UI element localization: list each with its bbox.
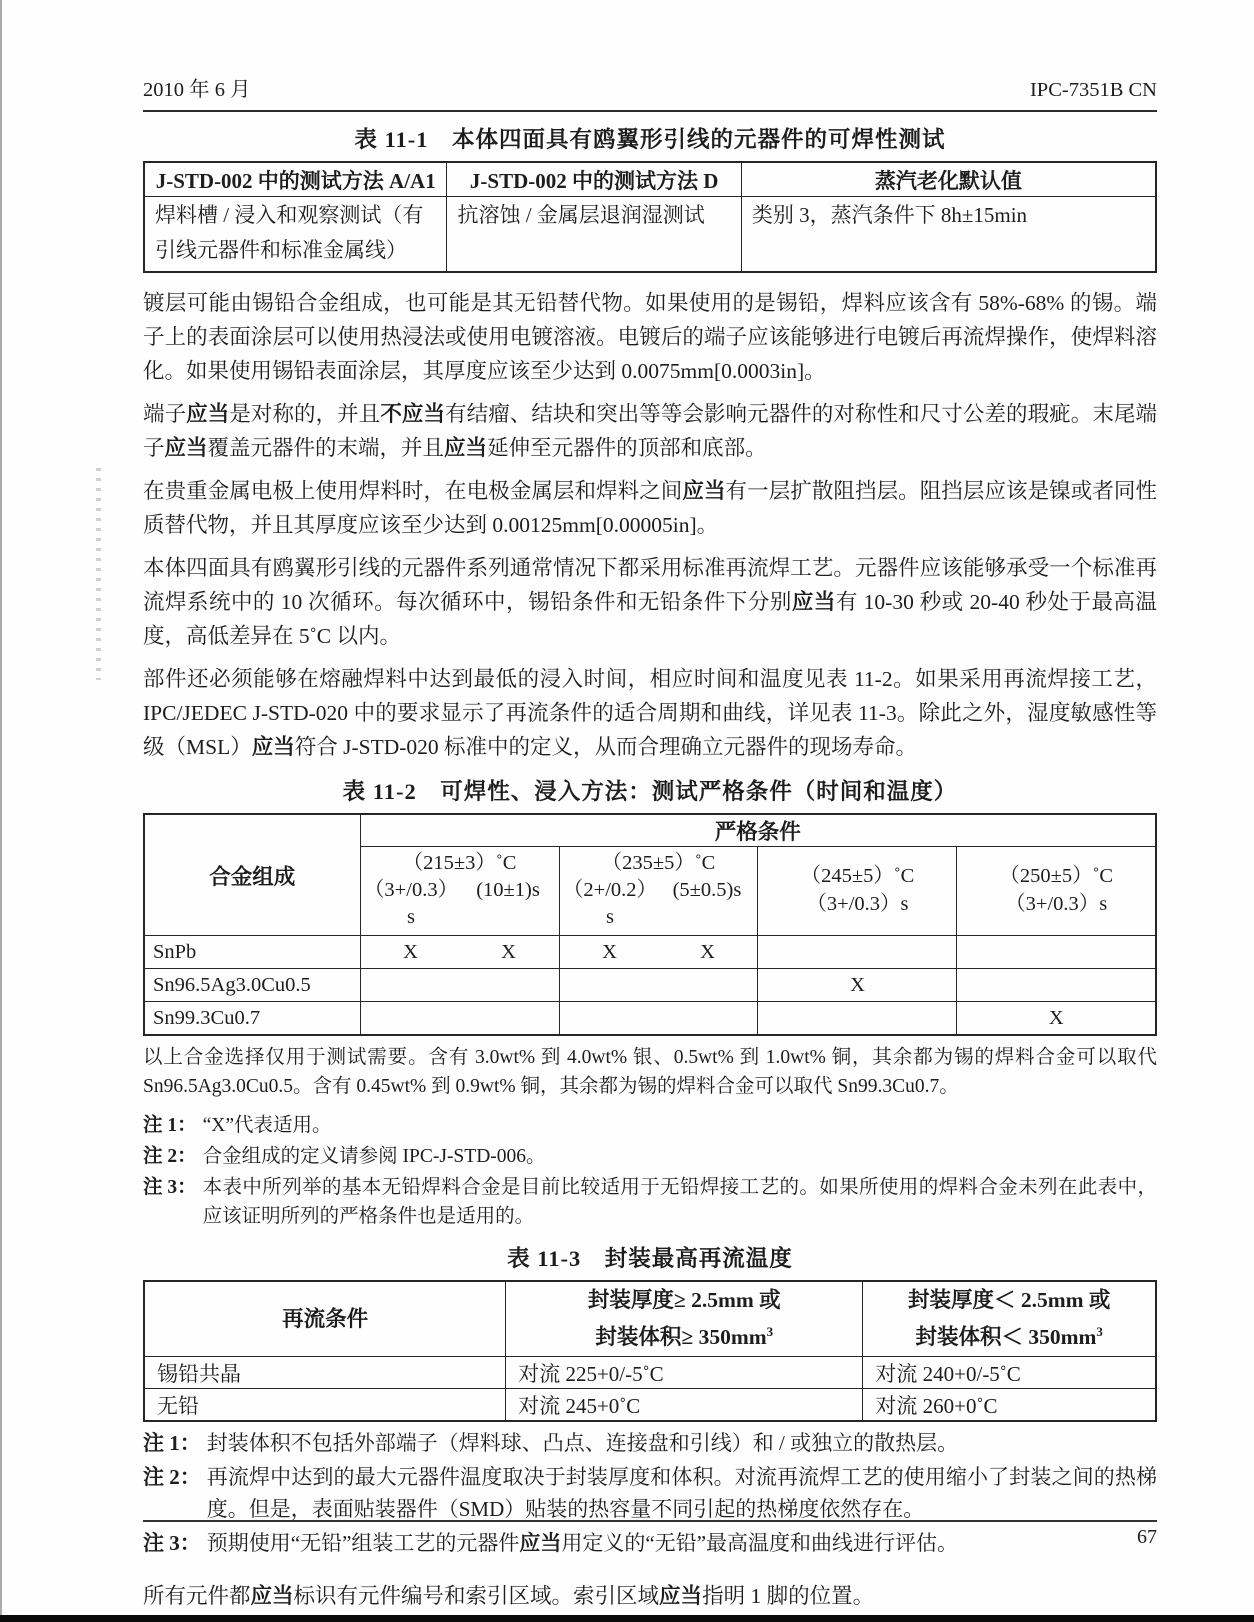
mark: X	[561, 939, 659, 966]
page-number: 67	[143, 1526, 1157, 1549]
cell: 锡铅共晶	[144, 1357, 506, 1389]
header-rule	[143, 110, 1157, 112]
mark-cell	[360, 1002, 559, 1036]
alloy-cell: Sn99.3Cu0.7	[144, 1002, 360, 1036]
table-row: Sn96.5Ag3.0Cu0.5 X	[144, 969, 1156, 1002]
condition-time: (5±0.5)s	[659, 877, 756, 931]
page-header: 2010 年 6 月 IPC-7351B CN	[143, 0, 1157, 102]
cell: 对流 240+0/-5˚C	[863, 1357, 1156, 1389]
scan-edge-artifact	[0, 0, 2, 1622]
table-header-row: 再流条件 封装厚度≥ 2.5mm 或 封装体积≥ 350mm3 封装厚度＜ 2.…	[144, 1281, 1156, 1357]
table-header-row: J-STD-002 中的测试方法 A/A1 J-STD-002 中的测试方法 D…	[144, 162, 1156, 197]
table-11-2-footnote: 以上合金选择仅用于测试需要。含有 3.0wt% 到 4.0wt% 银、0.5wt…	[143, 1043, 1157, 1101]
condition-temp: （250±5）˚C	[959, 862, 1153, 890]
note-1: 注 1： “X”代表适用。	[143, 1111, 1157, 1140]
scan-dots-artifact	[96, 468, 101, 680]
header-line: 封装体积≥ 350mm3	[508, 1316, 860, 1353]
cell: 对流 260+0˚C	[863, 1389, 1156, 1422]
alloy-cell: Sn96.5Ag3.0Cu0.5	[144, 969, 360, 1002]
header-cell: 再流条件	[144, 1281, 506, 1357]
condition-cell: （235±5）˚C （2+/0.2）s (5±0.5)s	[559, 847, 758, 936]
paragraph-marking: 所有元件都应当标识有元件编号和索引区域。索引区域应当指明 1 脚的位置。	[143, 1579, 1157, 1613]
note-label: 注 1：	[143, 1427, 207, 1459]
note-text: 封装体积不包括外部端子（焊料球、凸点、连接盘和引线）和 / 或独立的散热层。	[207, 1427, 1157, 1459]
table-11-2-title: 表 11-2 可焊性、浸入方法：测试严格条件（时间和温度）	[143, 774, 1157, 806]
header-cell: 严格条件	[360, 814, 1156, 847]
note-2: 注 2： 再流焊中达到的最大元器件温度取决于封装厚度和体积。对流再流焊工艺的使用…	[143, 1461, 1157, 1525]
paragraph-plating: 镀层可能由锡铅合金组成，也可能是其无铅替代物。如果使用的是锡铅，焊料应该含有 5…	[143, 286, 1157, 388]
document-page: 2010 年 6 月 IPC-7351B CN 表 11-1 本体四面具有鸥翼形…	[143, 0, 1157, 1613]
note-text: “X”代表适用。	[203, 1111, 1157, 1140]
note-text: 本表中所列举的基本无铅焊料合金是目前比较适用于无铅焊接工艺的。如果所使用的焊料合…	[203, 1173, 1157, 1231]
header-cell: 封装厚度≥ 2.5mm 或 封装体积≥ 350mm3	[506, 1281, 863, 1357]
header-doc-id: IPC-7351B CN	[1030, 78, 1157, 102]
note-text: 合金组成的定义请参阅 IPC-J-STD-006。	[203, 1142, 1157, 1171]
table-11-3-title: 表 11-3 封装最高再流温度	[143, 1241, 1157, 1273]
condition-cell: （215±3）˚C （3+/0.3）s (10±1)s	[360, 847, 559, 936]
condition-temp: （245±5）˚C	[760, 862, 954, 890]
table-header-row: 合金组成 严格条件	[144, 814, 1156, 847]
cell: 抗溶蚀 / 金属层退润湿测试	[447, 197, 741, 273]
table-row: Sn99.3Cu0.7 X	[144, 1002, 1156, 1036]
header-cell: J-STD-002 中的测试方法 A/A1	[144, 162, 447, 197]
footer-rule	[143, 1520, 1157, 1522]
note-label: 注 1：	[143, 1111, 203, 1140]
table-row: SnPb X X X X	[144, 936, 1156, 969]
paragraph-barrier: 在贵重金属电极上使用焊料时，在电极金属层和焊料之间应当有一层扩散阻挡层。阻挡层应…	[143, 474, 1157, 542]
superscript: 3	[767, 1324, 774, 1339]
header-line: 封装厚度＜ 2.5mm 或	[865, 1285, 1153, 1316]
mark-cell	[360, 969, 559, 1002]
scan-bottom-edge-artifact	[0, 1615, 1254, 1622]
table-11-1: J-STD-002 中的测试方法 A/A1 J-STD-002 中的测试方法 D…	[143, 161, 1157, 273]
cell: 对流 225+0/-5˚C	[506, 1357, 863, 1389]
table-11-2-notes: 注 1： “X”代表适用。 注 2： 合金组成的定义请参阅 IPC-J-STD-…	[143, 1111, 1157, 1231]
header-line: 封装体积＜ 350mm3	[865, 1316, 1153, 1353]
mark-cell	[559, 969, 758, 1002]
note-text: 再流焊中达到的最大元器件温度取决于封装厚度和体积。对流再流焊工艺的使用缩小了封装…	[207, 1461, 1157, 1525]
header-cell: 封装厚度＜ 2.5mm 或 封装体积＜ 350mm3	[863, 1281, 1156, 1357]
table-row: 焊料槽 / 浸入和观察测试（有引线元器件和标准金属线） 抗溶蚀 / 金属层退润湿…	[144, 197, 1156, 273]
mark-cell	[957, 936, 1156, 969]
mark-cell: X X	[559, 936, 758, 969]
condition-time: （3+/0.3）s	[363, 877, 460, 931]
mark: X	[362, 939, 460, 966]
table-row: 锡铅共晶 对流 225+0/-5˚C 对流 240+0/-5˚C	[144, 1357, 1156, 1389]
mark: X	[659, 939, 757, 966]
mark-cell: X	[957, 1002, 1156, 1036]
superscript: 3	[1096, 1324, 1103, 1339]
mark-cell	[559, 1002, 758, 1036]
header-cell: 合金组成	[144, 814, 360, 936]
table-11-2: 合金组成 严格条件 （215±3）˚C （3+/0.3）s (10±1)s （2…	[143, 813, 1157, 1036]
condition-temp: （235±5）˚C	[562, 849, 756, 877]
condition-temp: （215±3）˚C	[363, 849, 557, 877]
cell: 对流 245+0˚C	[506, 1389, 863, 1422]
mark-cell	[957, 969, 1156, 1002]
condition-time: (10±1)s	[460, 877, 557, 931]
header-volume: 封装体积＜ 350mm	[915, 1325, 1096, 1349]
condition-time: （3+/0.3）s	[760, 890, 954, 918]
mark-cell: X	[758, 969, 957, 1002]
note-label: 注 2：	[143, 1142, 203, 1171]
condition-cell: （245±5）˚C （3+/0.3）s	[758, 847, 957, 936]
note-label: 注 2：	[143, 1461, 207, 1525]
note-3: 注 3： 本表中所列举的基本无铅焊料合金是目前比较适用于无铅焊接工艺的。如果所使…	[143, 1173, 1157, 1231]
paragraph-immersion: 部件还必须能够在熔融焊料中达到最低的浸入时间，相应时间和温度见表 11-2。如果…	[143, 662, 1157, 764]
header-line: 封装厚度≥ 2.5mm 或	[508, 1285, 860, 1316]
note-1: 注 1： 封装体积不包括外部端子（焊料球、凸点、连接盘和引线）和 / 或独立的散…	[143, 1427, 1157, 1459]
cell: 无铅	[144, 1389, 506, 1422]
note-2: 注 2： 合金组成的定义请参阅 IPC-J-STD-006。	[143, 1142, 1157, 1171]
mark-cell	[758, 1002, 957, 1036]
cell: 焊料槽 / 浸入和观察测试（有引线元器件和标准金属线）	[144, 197, 447, 273]
table-11-1-title: 表 11-1 本体四面具有鸥翼形引线的元器件的可焊性测试	[143, 122, 1157, 154]
header-date: 2010 年 6 月	[143, 78, 251, 102]
condition-cell: （250±5）˚C （3+/0.3）s	[957, 847, 1156, 936]
cell: 类别 3，蒸汽条件下 8h±15min	[741, 197, 1156, 273]
mark-cell: X X	[360, 936, 559, 969]
paragraph-terminals: 端子应当是对称的，并且不应当有结瘤、结块和突出等等会影响元器件的对称性和尺寸公差…	[143, 397, 1157, 465]
paragraph-reflow-cycles: 本体四面具有鸥翼形引线的元器件系列通常情况下都采用标准再流焊工艺。元器件应该能够…	[143, 551, 1157, 653]
mark: X	[460, 939, 558, 966]
header-volume: 封装体积≥ 350mm	[595, 1325, 766, 1349]
header-cell: 蒸汽老化默认值	[741, 162, 1156, 197]
table-row: 无铅 对流 245+0˚C 对流 260+0˚C	[144, 1389, 1156, 1422]
note-label: 注 3：	[143, 1173, 203, 1231]
condition-time: （2+/0.2）s	[562, 877, 659, 931]
condition-time: （3+/0.3）s	[959, 890, 1153, 918]
mark-cell	[758, 936, 957, 969]
header-cell: J-STD-002 中的测试方法 D	[447, 162, 741, 197]
table-11-3: 再流条件 封装厚度≥ 2.5mm 或 封装体积≥ 350mm3 封装厚度＜ 2.…	[143, 1280, 1157, 1422]
alloy-cell: SnPb	[144, 936, 360, 969]
